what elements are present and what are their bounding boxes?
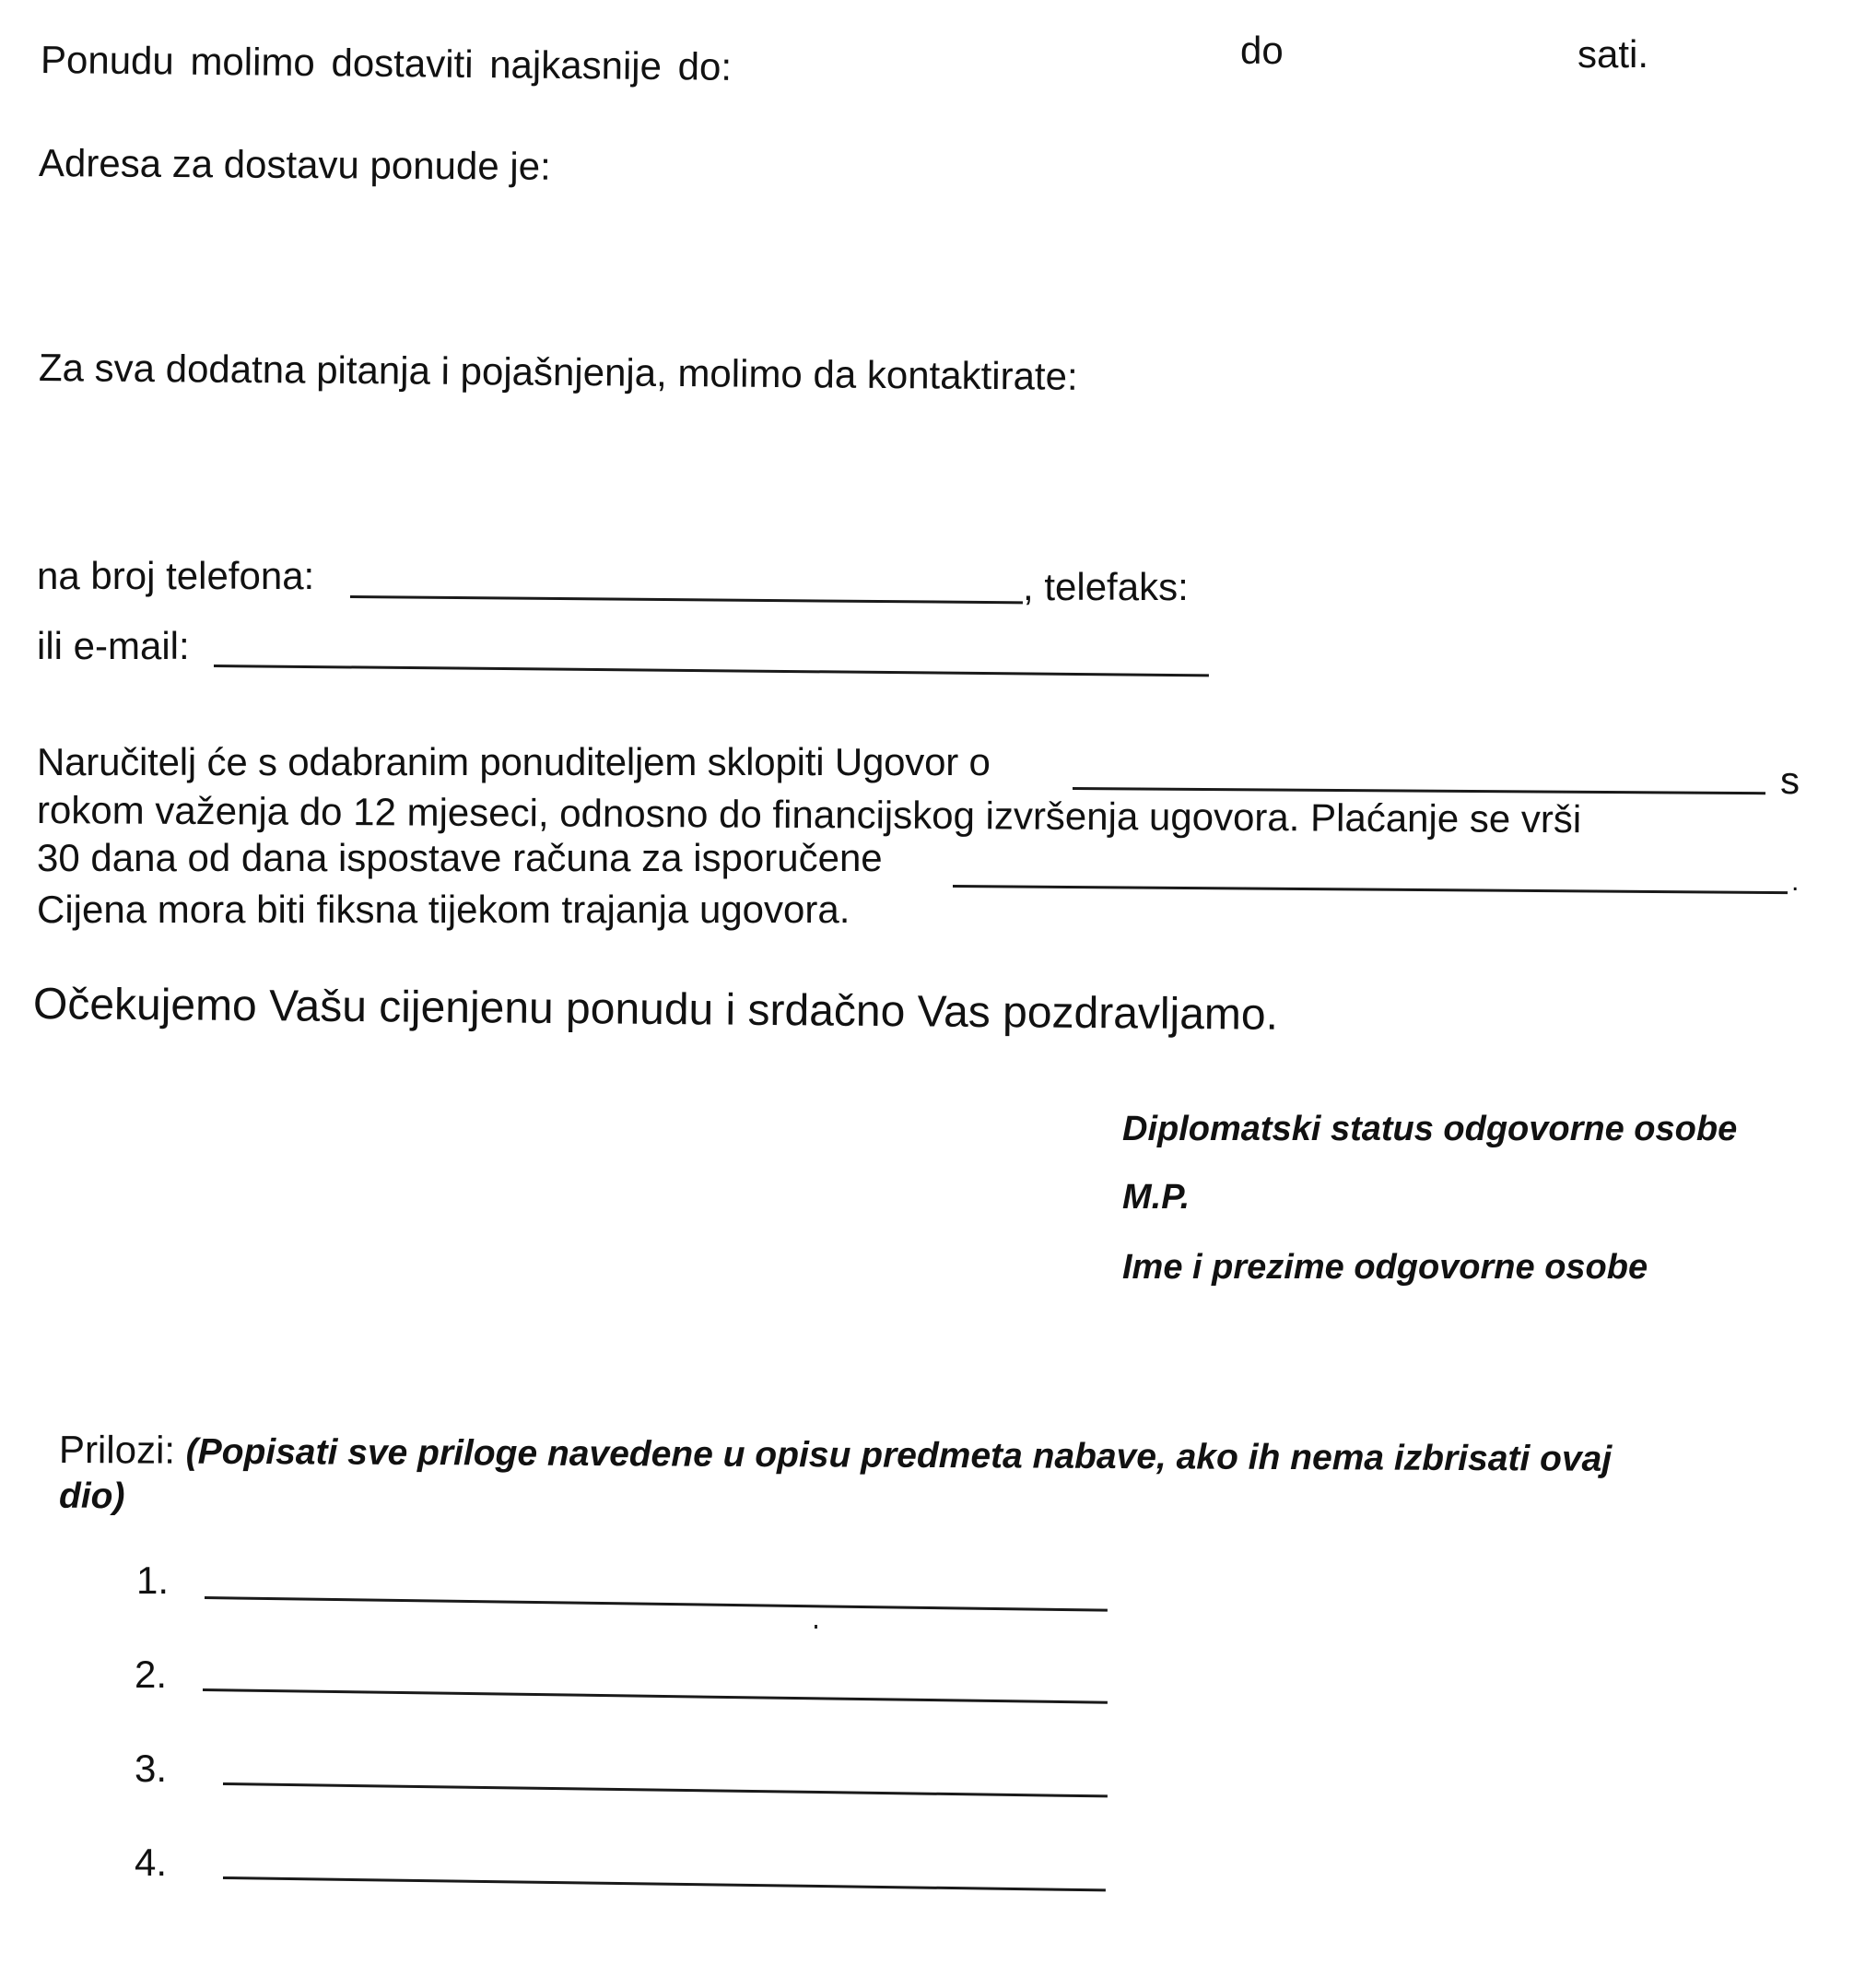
contract-line-4: Cijena mora biti fiksna tijekom trajanja… (37, 890, 850, 929)
attachment-number-3: 3. (135, 1749, 167, 1788)
time-from-label: do (1240, 31, 1284, 70)
attachment-field-3[interactable] (223, 1782, 1108, 1797)
contract-line-2: rokom važenja do 12 mjeseci, odnosno do … (37, 791, 1581, 839)
signature-status: Diplomatski status odgovorne osobe (1122, 1112, 1737, 1147)
attachment-field-1[interactable] (205, 1596, 1108, 1612)
attachments-instruction-continued: dio) (59, 1478, 124, 1514)
contact-intro: Za sva dodatna pitanja i pojašnjenja, mo… (39, 348, 1078, 396)
contract-subject-field[interactable] (1073, 787, 1765, 794)
email-field[interactable] (214, 665, 1209, 676)
fax-label: , telefaks: (1023, 568, 1189, 606)
signature-name: Ime i prezime odgovorne osobe (1122, 1250, 1648, 1285)
contract-line-3-suffix: . (1791, 868, 1799, 896)
deadline-label: Ponudu molimo dostaviti najkasnije do: (41, 41, 732, 87)
contract-line-3: 30 dana od dana ispostave računa za ispo… (37, 839, 883, 877)
attachments-prefix: Prilozi: (59, 1428, 175, 1472)
phone-label: na broj telefona: (37, 557, 314, 595)
attachments-label: Prilozi: (Popisati sve priloge navedene … (59, 1430, 1612, 1477)
closing-sentence: Očekujemo Vašu cijenjenu ponudu i srdačn… (33, 982, 1278, 1038)
contract-line-1-suffix: s (1780, 761, 1800, 800)
contract-line-1: Naručitelj će s odabranim ponuditeljem s… (37, 743, 991, 782)
attachment-number-2: 2. (135, 1655, 167, 1694)
attachment-number-4: 4. (135, 1843, 167, 1882)
delivered-goods-field[interactable] (953, 885, 1788, 894)
phone-field[interactable] (350, 595, 1023, 604)
email-label: ili e-mail: (37, 627, 190, 665)
attachment-number-1: 1. (136, 1561, 169, 1600)
time-unit-label: sati. (1578, 35, 1648, 74)
scan-speck (815, 1625, 817, 1629)
attachment-field-4[interactable] (223, 1876, 1106, 1891)
attachment-field-2[interactable] (203, 1688, 1108, 1704)
attachments-instruction: (Popisati sve priloge navedene u opisu p… (186, 1432, 1613, 1479)
address-label: Adresa za dostavu ponude je: (39, 144, 551, 186)
signature-stamp: M.P. (1122, 1180, 1190, 1215)
